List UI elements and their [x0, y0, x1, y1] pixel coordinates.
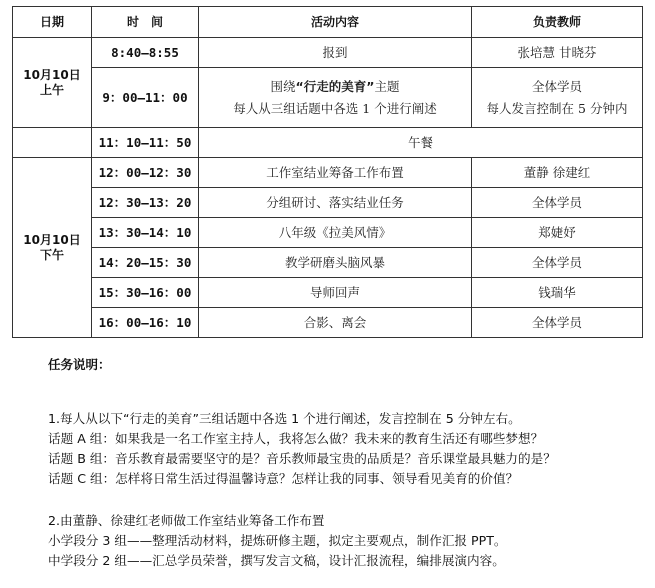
spacer	[48, 489, 648, 511]
time-cell: 9：00—11：00	[92, 68, 199, 128]
section2-title: 2.由董静、徐建红老师做工作室结业筹备工作布置	[48, 511, 648, 531]
middle-group-task: 中学段分 2 组——汇总学员荣誉，撰写发言文稿，设计汇报流程，编排展演内容。	[48, 551, 648, 571]
teacher-cell: 全体学员 每人发言控制在 5 分钟内	[472, 68, 643, 128]
header-teacher: 负责教师	[472, 7, 643, 38]
activity-cell: 教学研磨头脑风暴	[199, 248, 472, 278]
teacher-cell: 郑婕妤	[472, 218, 643, 248]
activity-prefix: 围绕	[271, 79, 296, 94]
afternoon-date-cell: 10月10日 下午	[13, 158, 92, 338]
header-date: 日期	[13, 7, 92, 38]
afternoon-period: 下午	[40, 248, 64, 262]
teacher-line-2: 每人发言控制在 5 分钟内	[472, 98, 642, 120]
afternoon-date: 10月10日	[23, 233, 80, 247]
table-header-row: 日期 时 间 活动内容 负责教师	[13, 7, 643, 38]
schedule-table: 日期 时 间 活动内容 负责教师 10月10日 上午 8:40—8:55 报到 …	[12, 6, 643, 338]
activity-line-2: 每人从三组话题中各选 1 个进行阐述	[199, 98, 471, 120]
activity-cell: 分组研讨、落实结业任务	[199, 188, 472, 218]
time-cell: 13：30—14：10	[92, 218, 199, 248]
activity-cell: 八年级《拉美风情》	[199, 218, 472, 248]
time-cell: 8:40—8:55	[92, 38, 199, 68]
lunch-date-cell	[13, 128, 92, 158]
section1-title: 1.每人从以下“行走的美育”三组话题中各选 1 个进行阐述，发言控制在 5 分钟…	[48, 409, 648, 429]
teacher-cell: 钱瑞华	[472, 278, 643, 308]
table-row: 10月10日 下午 12：00—12：30 工作室结业筹备工作布置 董静 徐建红	[13, 158, 643, 188]
activity-cell: 报到	[199, 38, 472, 68]
table-row: 14：20—15：30 教学研磨头脑风暴 全体学员	[13, 248, 643, 278]
topic-b: 话题 B 组：音乐教育最需要坚守的是？音乐教师最宝贵的品质是？音乐课堂最具魅力的…	[48, 449, 648, 469]
teacher-cell: 全体学员	[472, 188, 643, 218]
time-cell: 16：00—16：10	[92, 308, 199, 338]
teacher-cell: 全体学员	[472, 248, 643, 278]
morning-period: 上午	[40, 83, 64, 97]
time-cell: 11：10—11：50	[92, 128, 199, 158]
time-cell: 12：30—13：20	[92, 188, 199, 218]
activity-line-1: 围绕“行走的美育”主题	[199, 76, 471, 98]
teacher-line-1: 全体学员	[472, 76, 642, 98]
topic-c: 话题 C 组：怎样将日常生活过得温馨诗意？怎样让我的同事、领导看见美育的价值？	[48, 469, 648, 489]
morning-date: 10月10日	[23, 68, 80, 82]
activity-cell: 工作室结业筹备工作布置	[199, 158, 472, 188]
primary-group-task: 小学段分 3 组——整理活动材料，提炼研修主题，拟定主要观点，制作汇报 PPT。	[48, 531, 648, 551]
task-notes: 任务说明： 1.每人从以下“行走的美育”三组话题中各选 1 个进行阐述，发言控制…	[48, 355, 648, 571]
teacher-cell: 张培慧 甘晓芬	[472, 38, 643, 68]
teacher-cell: 董静 徐建红	[472, 158, 643, 188]
activity-cell: 合影、离会	[199, 308, 472, 338]
morning-date-cell: 10月10日 上午	[13, 38, 92, 128]
time-cell: 15：30—16：00	[92, 278, 199, 308]
table-row: 9：00—11：00 围绕“行走的美育”主题 每人从三组话题中各选 1 个进行阐…	[13, 68, 643, 128]
time-cell: 12：00—12：30	[92, 158, 199, 188]
lunch-row: 11：10—11：50 午餐	[13, 128, 643, 158]
activity-theme: “行走的美育”	[296, 79, 375, 94]
table-row: 10月10日 上午 8:40—8:55 报到 张培慧 甘晓芬	[13, 38, 643, 68]
teacher-cell: 全体学员	[472, 308, 643, 338]
lunch-cell: 午餐	[199, 128, 643, 158]
header-time: 时 间	[92, 7, 199, 38]
activity-cell: 围绕“行走的美育”主题 每人从三组话题中各选 1 个进行阐述	[199, 68, 472, 128]
notes-heading: 任务说明：	[48, 355, 648, 375]
header-activity: 活动内容	[199, 7, 472, 38]
activity-cell: 导师回声	[199, 278, 472, 308]
time-cell: 14：20—15：30	[92, 248, 199, 278]
table-row: 13：30—14：10 八年级《拉美风情》 郑婕妤	[13, 218, 643, 248]
activity-suffix: 主题	[374, 79, 399, 94]
table-row: 15：30—16：00 导师回声 钱瑞华	[13, 278, 643, 308]
table-row: 16：00—16：10 合影、离会 全体学员	[13, 308, 643, 338]
table-row: 12：30—13：20 分组研讨、落实结业任务 全体学员	[13, 188, 643, 218]
topic-a: 话题 A 组：如果我是一名工作室主持人，我将怎么做？我未来的教育生活还有哪些梦想…	[48, 429, 648, 449]
